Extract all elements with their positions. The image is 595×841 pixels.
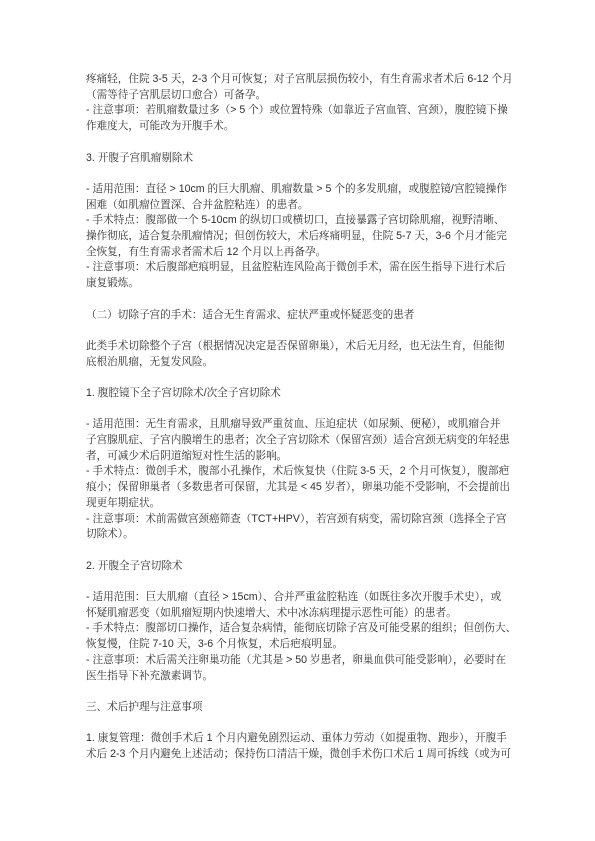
text-line: 疼痛轻，住院 3-5 天，2-3 个月可恢复；对子宫肌层损伤较小，有生育需求者术… (86, 72, 510, 88)
document-body: 疼痛轻，住院 3-5 天，2-3 个月可恢复；对子宫肌层损伤较小，有生育需求者术… (86, 72, 510, 763)
text-line: - 手术特点：微创手术，腹部小孔操作，术后恢复快（住院 3-5 天，2 个月可恢… (86, 464, 510, 480)
heading-1-laparoscopic-hysterectomy: 1. 腹腔镜下全子宫切除术/次全子宫切除术 (86, 386, 510, 402)
text-line: 困难（如肌瘤位置深、合并盆腔粘连）的患者。 (86, 198, 510, 214)
text-line: 此类手术切除整个子宫（根据情况决定是否保留卵巢），术后无月经，也无法生育，但能彻 (86, 339, 510, 355)
text-line: - 注意事项：术后腹部疤痕明显，且盆腔粘连风险高于微创手术，需在医生指导下进行术… (86, 260, 510, 276)
text-line: 怀疑肌瘤恶变（如肌瘤短期内快速增大、术中冰冻病理提示恶性可能）的患者。 (86, 606, 510, 622)
text-line: - 适用范围：无生育需求，且肌瘤导致严重贫血、压迫症状（如尿频、便秘），或肌瘤合… (86, 417, 510, 433)
text-line: 术后 2-3 个月内避免上述活动；保持伤口清洁干燥，微创手术伤口术后 1 周可拆… (86, 747, 510, 763)
paragraph-open-hysterectomy-details: - 适用范围：巨大肌瘤（直径 > 15cm）、合并严重盆腔粘连（如既往多次开腹手… (86, 590, 510, 684)
text-line: - 适用范围：直径 > 10cm 的巨大肌瘤、肌瘤数量 > 5 个的多发肌瘤，或… (86, 182, 510, 198)
text-line: 底根治肌瘤，无复发风险。 (86, 355, 510, 371)
text-line: 现更年期症状。 (86, 496, 510, 512)
text-line: 3. 开腹子宫肌瘤剔除术 (86, 151, 510, 167)
text-line: 者，可减少术后阴道缩短对性生活的影响。 (86, 449, 510, 465)
text-line: 痕小；保留卵巢者（多数患者可保留，尤其是 < 45 岁者），卵巢功能不受影响，不… (86, 480, 510, 496)
text-line: （需等待子宫肌层切口愈合）可备孕。 (86, 88, 510, 104)
paragraph-laparoscopic-myomectomy-continuation: 疼痛轻，住院 3-5 天，2-3 个月可恢复；对子宫肌层损伤较小，有生育需求者术… (86, 72, 510, 135)
heading-3-open-myomectomy: 3. 开腹子宫肌瘤剔除术 (86, 151, 510, 167)
text-line: - 注意事项：若肌瘤数量过多（> 5 个）或位置特殊（如靠近子宫血管、宫颈），腹… (86, 103, 510, 119)
document-page: 疼痛轻，住院 3-5 天，2-3 个月可恢复；对子宫肌层损伤较小，有生育需求者术… (0, 0, 595, 841)
text-line: 操作彻底，适合复杂肌瘤情况；但创伤较大，术后疼痛明显，住院 5-7 天，3-6 … (86, 229, 510, 245)
text-line: - 注意事项：术前需做宫颈癌筛查（TCT+HPV），若宫颈有病变，需切除宫颈（选… (86, 512, 510, 528)
text-line: 康复锻炼。 (86, 276, 510, 292)
text-line: 1. 腹腔镜下全子宫切除术/次全子宫切除术 (86, 386, 510, 402)
text-line: 恢复慢，住院 7-10 天，3-6 个月恢复，术后疤痕明显。 (86, 637, 510, 653)
text-line: （二）切除子宫的手术：适合无生育需求、症状严重或怀疑恶变的患者 (86, 308, 510, 324)
heading-section-3-postop-care: 三、术后护理与注意事项 (86, 700, 510, 716)
text-line: 作难度大，可能改为开腹手术。 (86, 119, 510, 135)
text-line: 全恢复，有生育需求者需术后 12 个月以上再备孕。 (86, 245, 510, 261)
heading-section-2-hysterectomy: （二）切除子宫的手术：适合无生育需求、症状严重或怀疑恶变的患者 (86, 308, 510, 324)
paragraph-recovery-management: 1. 康复管理：微创手术后 1 个月内避免剧烈运动、重体力劳动（如提重物、跑步）… (86, 731, 510, 762)
text-line: - 注意事项：术后需关注卵巢功能（尤其是 > 50 岁患者，卵巢血供可能受影响）… (86, 653, 510, 669)
paragraph-open-myomectomy-details: - 适用范围：直径 > 10cm 的巨大肌瘤、肌瘤数量 > 5 个的多发肌瘤，或… (86, 182, 510, 292)
text-line: 切除术）。 (86, 527, 510, 543)
paragraph-hysterectomy-intro: 此类手术切除整个子宫（根据情况决定是否保留卵巢），术后无月经，也无法生育，但能彻… (86, 339, 510, 370)
text-line: 子宫腺肌症、子宫内膜增生的患者；次全子宫切除术（保留宫颈）适合宫颈无病变的年轻患 (86, 433, 510, 449)
text-line: 医生指导下补充激素调节。 (86, 669, 510, 685)
paragraph-laparoscopic-hysterectomy-details: - 适用范围：无生育需求，且肌瘤导致严重贫血、压迫症状（如尿频、便秘），或肌瘤合… (86, 417, 510, 543)
heading-2-open-hysterectomy: 2. 开腹全子宫切除术 (86, 559, 510, 575)
text-line: 1. 康复管理：微创手术后 1 个月内避免剧烈运动、重体力劳动（如提重物、跑步）… (86, 731, 510, 747)
text-line: - 手术特点：腹部切口操作，适合复杂病情，能彻底切除子宫及可能受累的组织；但创伤… (86, 621, 510, 637)
text-line: - 手术特点：腹部做一个 5-10cm 的纵切口或横切口，直接暴露子宫切除肌瘤，… (86, 213, 510, 229)
text-line: 2. 开腹全子宫切除术 (86, 559, 510, 575)
text-line: 三、术后护理与注意事项 (86, 700, 510, 716)
text-line: - 适用范围：巨大肌瘤（直径 > 15cm）、合并严重盆腔粘连（如既往多次开腹手… (86, 590, 510, 606)
